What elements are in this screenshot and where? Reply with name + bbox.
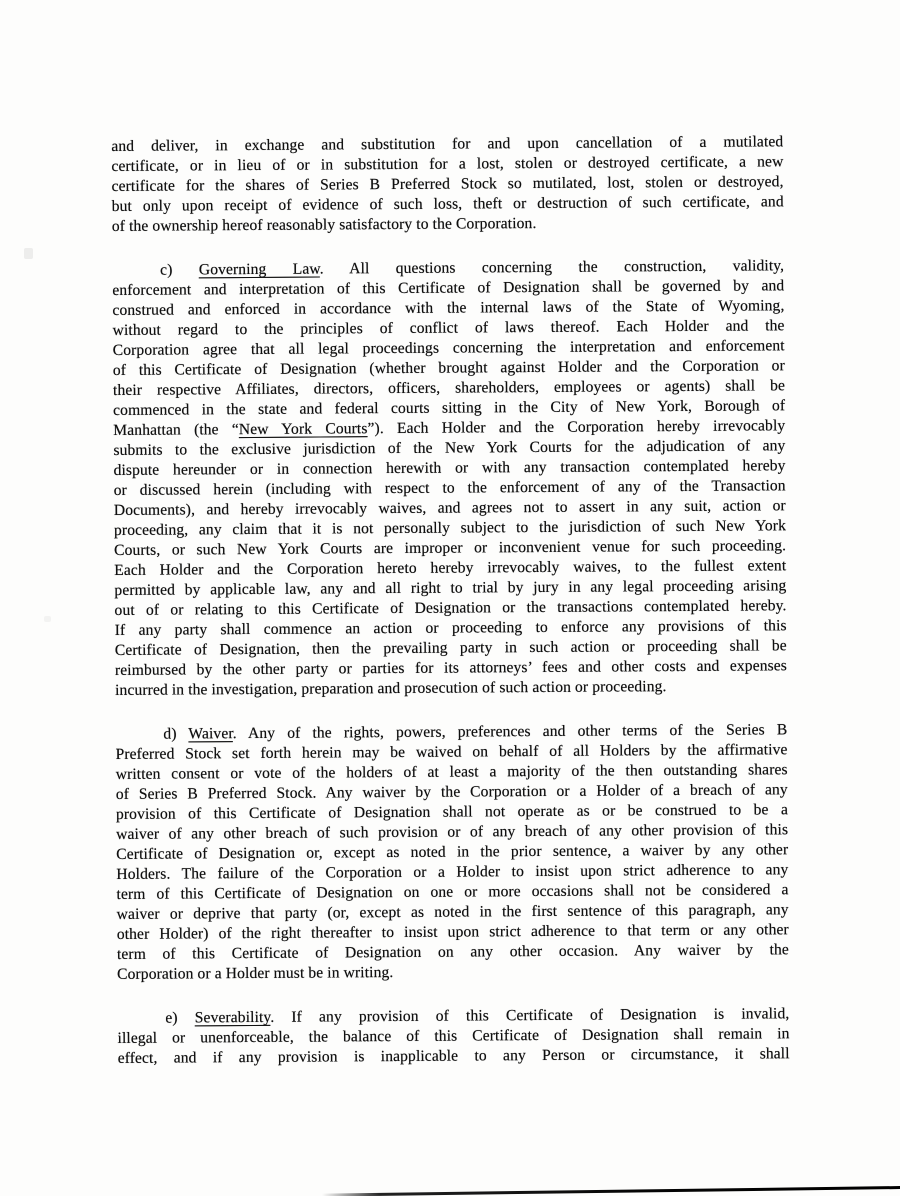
text-segment: . All questions concerning the construct… bbox=[320, 257, 785, 277]
text-line: Corporation or a Holder must be in writi… bbox=[117, 960, 789, 985]
underlined-term: New York Courts bbox=[239, 420, 368, 438]
text-segment: Certificate of Designation, then the pre… bbox=[115, 637, 787, 659]
text-segment: provision of this Certificate of Designa… bbox=[116, 801, 788, 823]
text-segment: enforcement and interpretation of this C… bbox=[112, 277, 784, 299]
text-segment: effect, and if any provision is inapplic… bbox=[118, 1045, 790, 1067]
text-segment: Preferred Stock set forth herein may be … bbox=[115, 741, 787, 763]
paragraph-governing-law: c) Governing Law. All questions concerni… bbox=[112, 256, 787, 701]
text-segment: Corporation or a Holder must be in writi… bbox=[117, 964, 393, 983]
text-segment: Holders. The failure of the Corporation … bbox=[116, 861, 788, 883]
text-segment: . Any of the rights, powers, preferences… bbox=[233, 721, 788, 742]
text-segment: term of this Certificate of Designation … bbox=[116, 881, 788, 903]
text-segment: and deliver, in exchange and substitutio… bbox=[111, 133, 783, 155]
document-page: and deliver, in exchange and substitutio… bbox=[0, 0, 900, 1196]
text-segment: Manhattan (the “ bbox=[113, 421, 239, 439]
text-segment: construed and enforced in accordance wit… bbox=[112, 297, 784, 319]
text-segment: of this Certificate of Designation (whet… bbox=[113, 357, 785, 379]
text-segment: without regard to the principles of conf… bbox=[113, 317, 785, 339]
text-segment: but only upon receipt of evidence of suc… bbox=[112, 193, 784, 215]
text-segment: waiver of any other breach of such provi… bbox=[116, 821, 788, 843]
text-segment: . If any provision of this Certificate o… bbox=[270, 1005, 789, 1026]
text-segment: If any party shall commence an action or… bbox=[115, 617, 787, 639]
text-segment: Documents), and hereby irrevocably waive… bbox=[114, 497, 786, 519]
text-segment: certificate, or in lieu of or in substit… bbox=[111, 153, 783, 175]
underlined-term: Waiver bbox=[188, 725, 232, 742]
scan-speck bbox=[44, 616, 51, 622]
text-segment: waiver or deprive that party (or, except… bbox=[117, 901, 789, 923]
text-segment: certificate for the shares of Series B P… bbox=[112, 173, 784, 195]
text-segment: incurred in the investigation, preparati… bbox=[115, 678, 666, 699]
text-segment: ”). Each Holder and the Corporation here… bbox=[367, 417, 785, 437]
text-line: of the ownership hereof reasonably satis… bbox=[112, 212, 784, 237]
text-segment: out of or relating to this Certificate o… bbox=[114, 597, 786, 619]
document-body: and deliver, in exchange and substitutio… bbox=[0, 0, 790, 1070]
scan-artifact-line bbox=[322, 1186, 900, 1196]
paragraph-certificate-replacement: and deliver, in exchange and substitutio… bbox=[111, 132, 784, 237]
text-segment: illegal or unenforceable, the balance of… bbox=[117, 1025, 789, 1047]
scan-speck bbox=[24, 248, 33, 259]
text-segment: written consent or vote of the holders o… bbox=[116, 761, 788, 783]
underlined-term: Governing Law bbox=[199, 261, 320, 279]
text-segment: Courts, or such New York Courts are impr… bbox=[114, 537, 786, 559]
text-line: effect, and if any provision is inapplic… bbox=[118, 1044, 790, 1069]
text-segment: Corporation agree that all legal proceed… bbox=[113, 337, 785, 359]
text-segment: Each Holder and the Corporation hereto h… bbox=[114, 557, 786, 579]
text-segment: commenced in the state and federal court… bbox=[113, 397, 785, 419]
text-segment: proceeding, any claim that it is not per… bbox=[114, 517, 786, 539]
text-segment: reimbursed by the other party or parties… bbox=[115, 657, 787, 679]
text-segment: c) bbox=[160, 261, 199, 278]
text-segment: d) bbox=[163, 725, 188, 742]
text-segment: e) bbox=[165, 1009, 194, 1026]
text-segment: dispute hereunder or in connection herew… bbox=[113, 457, 785, 479]
text-segment: their respective Affiliates, directors, … bbox=[113, 377, 785, 399]
text-segment: Certificate of Designation or, except as… bbox=[116, 841, 788, 863]
text-segment: term of this Certificate of Designation … bbox=[117, 941, 789, 963]
paragraph-waiver: d) Waiver. Any of the rights, powers, pr… bbox=[115, 720, 789, 985]
text-segment: permitted by applicable law, any and all… bbox=[114, 577, 786, 599]
paragraph-severability: e) Severability. If any provision of thi… bbox=[117, 1004, 789, 1069]
text-segment: of the ownership hereof reasonably satis… bbox=[112, 215, 537, 235]
text-segment: or discussed herein (including with resp… bbox=[114, 477, 786, 499]
text-segment: other Holder) of the right thereafter to… bbox=[117, 921, 789, 943]
text-segment: submits to the exclusive jurisdiction of… bbox=[113, 437, 785, 459]
underlined-term: Severability bbox=[195, 1009, 271, 1027]
text-line: incurred in the investigation, preparati… bbox=[115, 676, 787, 701]
text-segment: of Series B Preferred Stock. Any waiver … bbox=[116, 781, 788, 803]
